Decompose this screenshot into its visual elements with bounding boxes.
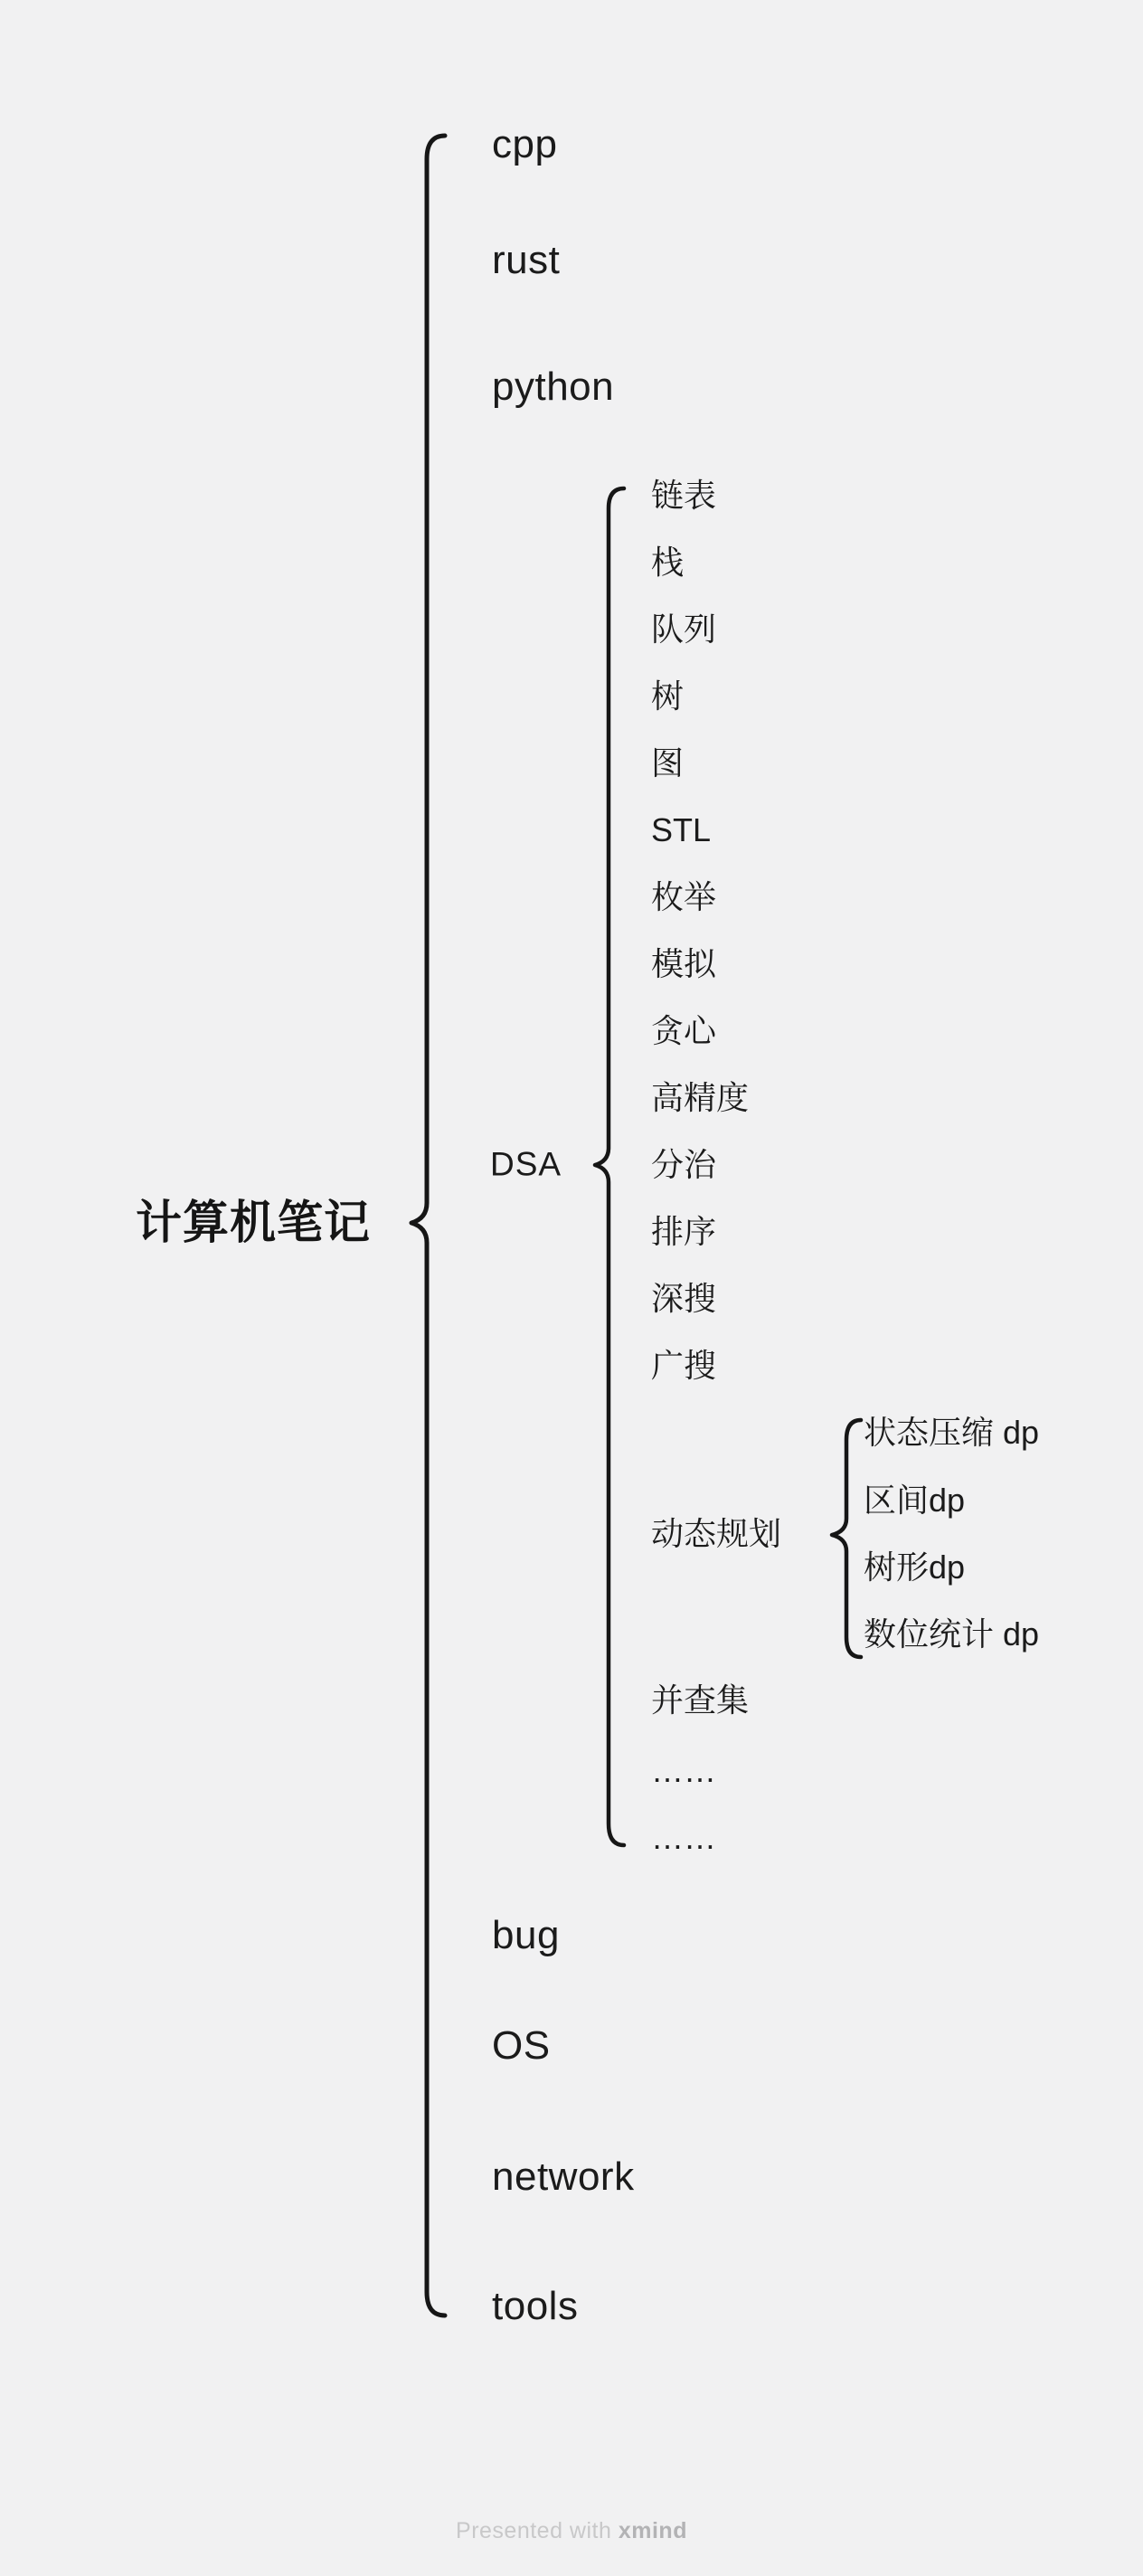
subtopic-interval-dp[interactable]: 区间dp	[864, 1482, 965, 1519]
topic-os[interactable]: OS	[492, 2024, 551, 2068]
dsa-brace	[595, 488, 624, 1845]
subtopic-enumeration[interactable]: 枚举	[651, 879, 716, 915]
watermark-brand: xmind	[619, 2518, 687, 2543]
watermark: Presented with xmind	[0, 2518, 1143, 2544]
topic-bug[interactable]: bug	[492, 1914, 560, 1957]
subtopic-bfs[interactable]: 广搜	[651, 1348, 716, 1384]
subtopic-stack[interactable]: 栈	[651, 545, 684, 581]
subtopic-linked-list[interactable]: 链表	[651, 478, 716, 514]
subtopic-dfs[interactable]: 深搜	[651, 1281, 716, 1317]
topic-cpp[interactable]: cpp	[492, 123, 557, 166]
subtopic-union-find[interactable]: 并查集	[651, 1682, 749, 1719]
dp-brace	[832, 1420, 861, 1657]
subtopic-ellipsis-1[interactable]: ……	[651, 1753, 716, 1789]
topic-dsa[interactable]: DSA	[490, 1147, 562, 1184]
watermark-prefix: Presented with	[456, 2518, 611, 2543]
subtopic-dynamic-programming[interactable]: 动态规划	[651, 1516, 781, 1552]
subtopic-divide-conquer[interactable]: 分治	[651, 1147, 716, 1183]
topic-network[interactable]: network	[492, 2155, 635, 2199]
subtopic-graph[interactable]: 图	[651, 745, 684, 781]
root-brace	[411, 136, 445, 2316]
subtopic-high-precision[interactable]: 高精度	[651, 1080, 749, 1116]
topic-rust[interactable]: rust	[492, 239, 560, 282]
mindmap-canvas: 计算机笔记 cpp rust python DSA bug OS network…	[0, 0, 1143, 2576]
subtopic-tree-dp[interactable]: 树形dp	[864, 1549, 965, 1586]
subtopic-bitmask-dp[interactable]: 状态压缩 dp	[864, 1415, 1039, 1451]
subtopic-simulation[interactable]: 模拟	[651, 946, 716, 982]
subtopic-greedy[interactable]: 贪心	[651, 1013, 716, 1049]
root-topic[interactable]: 计算机笔记	[136, 1198, 371, 1248]
topic-python[interactable]: python	[492, 365, 614, 409]
subtopic-ellipsis-2[interactable]: ……	[651, 1820, 716, 1856]
subtopic-tree[interactable]: 树	[651, 678, 684, 715]
subtopic-sorting[interactable]: 排序	[651, 1214, 716, 1250]
subtopic-queue[interactable]: 队列	[651, 611, 716, 648]
topic-tools[interactable]: tools	[492, 2285, 578, 2328]
subtopic-digit-dp[interactable]: 数位统计 dp	[864, 1616, 1039, 1653]
subtopic-stl[interactable]: STL	[651, 812, 711, 848]
